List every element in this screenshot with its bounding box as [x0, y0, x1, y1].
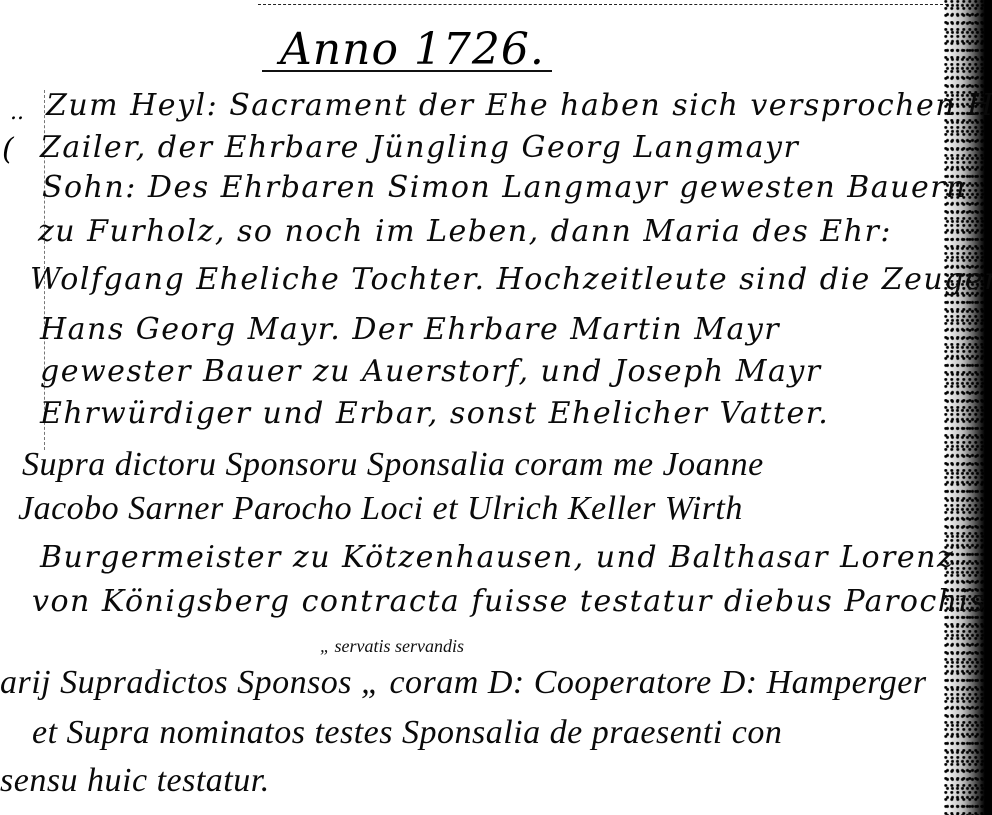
top-ruled-line [258, 4, 948, 5]
text-line-15: sensu huic testatur. [0, 762, 270, 800]
text-line-4: zu Furholz, so noch im Leben, dann Maria… [38, 214, 892, 249]
text-line-9: Supra dictoru Sponsoru Sponsalia coram m… [22, 446, 764, 484]
text-line-7: gewester Bauer zu Auerstorf, und Joseph … [40, 354, 822, 389]
text-line-5: Wolfgang Eheliche Tochter. Hochzeitleute… [30, 262, 992, 297]
text-line-8: Ehrwürdiger und Erbar, sonst Ehelicher V… [40, 396, 829, 431]
text-line-10: Jacobo Sarner Parocho Loci et Ulrich Kel… [18, 490, 743, 528]
text-line-2: Zailer, der Ehrbare Jüngling Georg Langm… [40, 130, 799, 165]
margin-dots: .. [10, 100, 24, 125]
margin-bracket: ( [2, 132, 14, 167]
text-line-12: von Königsberg contracta fuisse testatur… [32, 584, 987, 619]
text-line-1: Zum Heyl: Sacrament der Ehe haben sich v… [46, 88, 992, 123]
interlinear-insertion: „ servatis servandis [320, 636, 464, 657]
text-line-14: et Supra nominatos testes Sponsalia de p… [32, 714, 782, 752]
heading-underline [262, 70, 552, 72]
text-line-3: Sohn: Des Ehrbaren Simon Langmayr gewest… [42, 170, 967, 205]
text-line-6: Hans Georg Mayr. Der Ehrbare Martin Mayr [40, 312, 780, 347]
page-heading-year: Anno 1726. [280, 24, 545, 75]
text-line-11: Burgermeister zu Kötzenhausen, und Balth… [40, 540, 954, 575]
text-line-13: arij Supradictos Sponsos „ coram D: Coop… [0, 664, 927, 702]
manuscript-page: Anno 1726. .. ( Zum Heyl: Sacrament der … [0, 0, 992, 815]
